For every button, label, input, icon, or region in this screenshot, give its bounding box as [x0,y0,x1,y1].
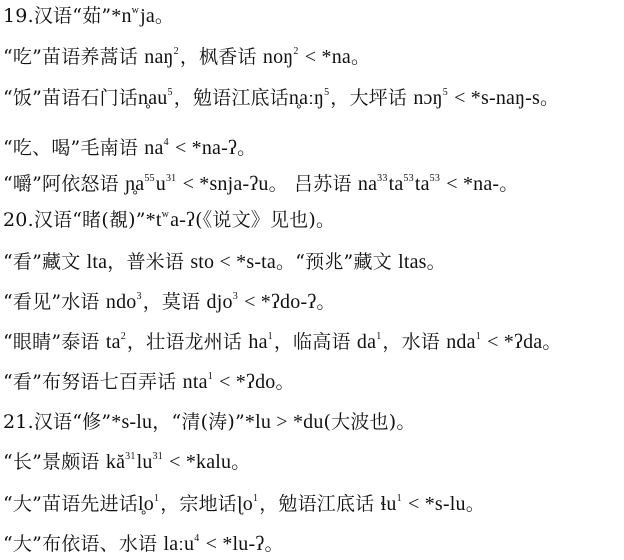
text-run: 。 [427,251,446,273]
phonetic-form: da [357,331,376,353]
phonetic-form: lu [137,451,153,473]
entry-20-look-tibetan: “看”藏文 lta，普米语 sto < *s-ta。“预兆”藏文 ltas。 [3,249,446,275]
text-run: 。 [542,331,561,353]
phonetic-form: ndo [106,291,137,313]
phonetic-form: < *s-naŋ-s [449,87,540,109]
text-run: “看见”水语 [3,291,106,313]
entry-21-big-buyi: “大”布依语、水语 laːu4 < *lu-ʔ。 [3,531,284,557]
text-run: 。 [155,5,174,27]
text-run: 。 [237,137,256,159]
text-run: “饭”苗语石门话 [3,87,138,109]
phonetic-form: ta [415,173,430,195]
tone-superscript: 3 [233,291,238,302]
text-run: ，临高语 [274,331,357,353]
tone-superscript: 1 [397,493,402,504]
phonetic-form: naŋ [144,46,173,68]
phonetic-form: nɔŋ [413,87,442,109]
text-run: “眼睛”泰语 [3,331,106,353]
tone-superscript: 2 [174,46,179,57]
text-run: “长”景颇语 [3,451,106,473]
phonetic-form: < *lu-ʔ [200,533,264,555]
entry-19-header: 19.汉语“茹”*nwja。 [3,3,174,29]
phonetic-form: < *s-lu [403,493,466,515]
phonetic-form: ltas [398,251,427,273]
tone-superscript: 33 [377,173,387,184]
entry-20-see-shui: “看见”水语 ndo3，莫语 djo3 < *ʔdo-ʔ。 [3,289,336,315]
tone-superscript: 53 [403,173,413,184]
tone-superscript: 1 [376,331,381,342]
phonetic-form: l̥o [138,493,154,515]
text-run: 。 吕苏语 [269,173,358,195]
text-run: ，大坪话 [330,87,413,109]
text-run: ，枫香话 [180,46,263,68]
text-run: 。 [351,46,370,68]
text-run: 。 [499,173,518,195]
text-run: 。 [275,371,294,393]
text-run: ，“清(涛)” [152,411,245,433]
tone-superscript: 31 [125,451,135,462]
tone-superscript: 1 [253,493,258,504]
phonetic-form: djo [207,291,233,313]
phonetic-form: a-ʔ [170,209,195,231]
phonetic-form: *t [146,209,162,231]
tone-superscript: 31 [166,173,176,184]
tone-superscript: 3 [136,291,141,302]
phonetic-form: u [156,173,166,195]
text-run: ，普米语 [107,251,190,273]
phonetic-form: < *snja-ʔu [177,173,268,195]
entry-21-header: 21.汉语“修”*s-lu，“清(涛)”*lu > *du(大波也)。 [3,409,416,435]
phonetic-form: laːu [163,533,194,555]
tone-superscript: 31 [153,451,163,462]
phonetic-form: ɭo [237,493,253,515]
text-run: ，勉语江底话 [259,493,380,515]
phonetic-form: noŋ [263,46,294,68]
phonetic-form: *lu > *du [245,411,324,433]
entry-19-eat-miao: “吃”苗语养蒿话 naŋ2，枫香话 noŋ2 < *na。 [3,44,370,70]
phonetic-form: nta [183,371,208,393]
entry-20-look-bunu: “看”布努语七百弄话 nta1 < *ʔdo。 [3,369,295,395]
phonetic-form: sto < *s-ta [190,251,276,273]
tone-superscript: 4 [194,533,199,544]
text-run: “大”苗语先进话 [3,493,138,515]
tone-superscript: w [132,5,139,16]
text-run: “嚼”阿依怒语 [3,173,125,195]
phonetic-form: < *ʔda [482,331,542,353]
text-run: 。 [264,533,283,555]
entry-20-eye-thai: “眼睛”泰语 ta2，壮语龙州话 ha1，临高语 da1，水语 nda1 < *… [3,329,562,355]
text-run: “大”布依语、水语 [3,533,163,555]
phonetic-form: na [144,137,163,159]
phonetic-form: nda [446,331,475,353]
tone-superscript: 4 [164,137,169,148]
entry-21-big-miao: “大”苗语先进话l̥o1，宗地话ɭo1，勉语江底话 ɬu1 < *s-lu。 [3,491,485,517]
phonetic-form: n̥au [138,87,167,109]
tone-superscript: 5 [324,87,329,98]
text-run: 。 [466,493,485,515]
text-run: 20.汉语“睹(覩)” [3,209,146,231]
text-run: 19.汉语“茹” [3,5,111,27]
tone-superscript: 1 [154,493,159,504]
phonetic-form: ɬu [381,493,397,515]
phonetic-form: < *na-ʔ [170,137,237,159]
phonetic-form: ta [389,173,404,195]
tone-superscript: 2 [121,331,126,342]
entry-19-chew-anong: “嚼”阿依怒语 ɲ̥a55u31 < *snja-ʔu。 吕苏语 na33ta5… [3,171,519,197]
text-run: (《说文》见也)。 [195,209,335,231]
text-run: “看”布努语七百弄话 [3,371,183,393]
phonetic-form: ja [140,5,155,27]
text-run: ，莫语 [143,291,207,313]
phonetic-form: < *kalu [164,451,231,473]
tone-superscript: 53 [430,173,440,184]
text-run: “吃”苗语养蒿话 [3,46,144,68]
entry-20-header: 20.汉语“睹(覩)”*twa-ʔ(《说文》见也)。 [3,207,335,233]
text-run: 。 [316,291,335,313]
text-run: ，壮语龙州话 [127,331,248,353]
phonetic-form: < *na- [441,173,499,195]
phonetic-form: na [358,173,377,195]
phonetic-form: ɲ̥a [125,173,144,195]
tone-superscript: 2 [293,46,298,57]
phonetic-form: n̥aːŋ [289,87,324,109]
tone-superscript: 1 [268,331,273,342]
tone-superscript: 5 [168,87,173,98]
text-run: ，宗地话 [160,493,237,515]
text-run: ，勉语江底话 [174,87,289,109]
tone-superscript: w [162,209,169,220]
phonetic-form: < *ʔdo-ʔ [239,291,317,313]
phonetic-form: < *na [300,46,351,68]
phonetic-form: lta [87,251,108,273]
text-run: “吃、喝”毛南语 [3,137,144,159]
phonetic-form: < *ʔdo [214,371,276,393]
text-run: 。“预兆”藏文 [276,251,398,273]
text-run: (大波也)。 [324,411,416,433]
tone-superscript: 1 [476,331,481,342]
phonetic-form: kă [106,451,125,473]
tone-superscript: 1 [208,371,213,382]
entry-19-rice-miao: “饭”苗语石门话n̥au5，勉语江底话n̥aːŋ5，大坪话 nɔŋ5 < *s-… [3,85,559,111]
text-run: 。 [231,451,250,473]
phonetic-form: *n [111,5,131,27]
document-page: 19.汉语“茹”*nwja。 “吃”苗语养蒿话 naŋ2，枫香话 noŋ2 < … [0,0,624,560]
entry-19-eat-drink-maonan: “吃、喝”毛南语 na4 < *na-ʔ。 [3,135,256,161]
tone-superscript: 5 [443,87,448,98]
tone-superscript: 55 [144,173,154,184]
phonetic-form: ta [106,331,121,353]
text-run: 。 [540,87,559,109]
text-run: “看”藏文 [3,251,87,273]
entry-21-long-jingpo: “长”景颇语 kă31lu31 < *kalu。 [3,449,250,475]
text-run: ，水语 [382,331,446,353]
phonetic-form: *s-lu [111,411,152,433]
phonetic-form: ha [248,331,267,353]
text-run: 21.汉语“修” [3,411,111,433]
